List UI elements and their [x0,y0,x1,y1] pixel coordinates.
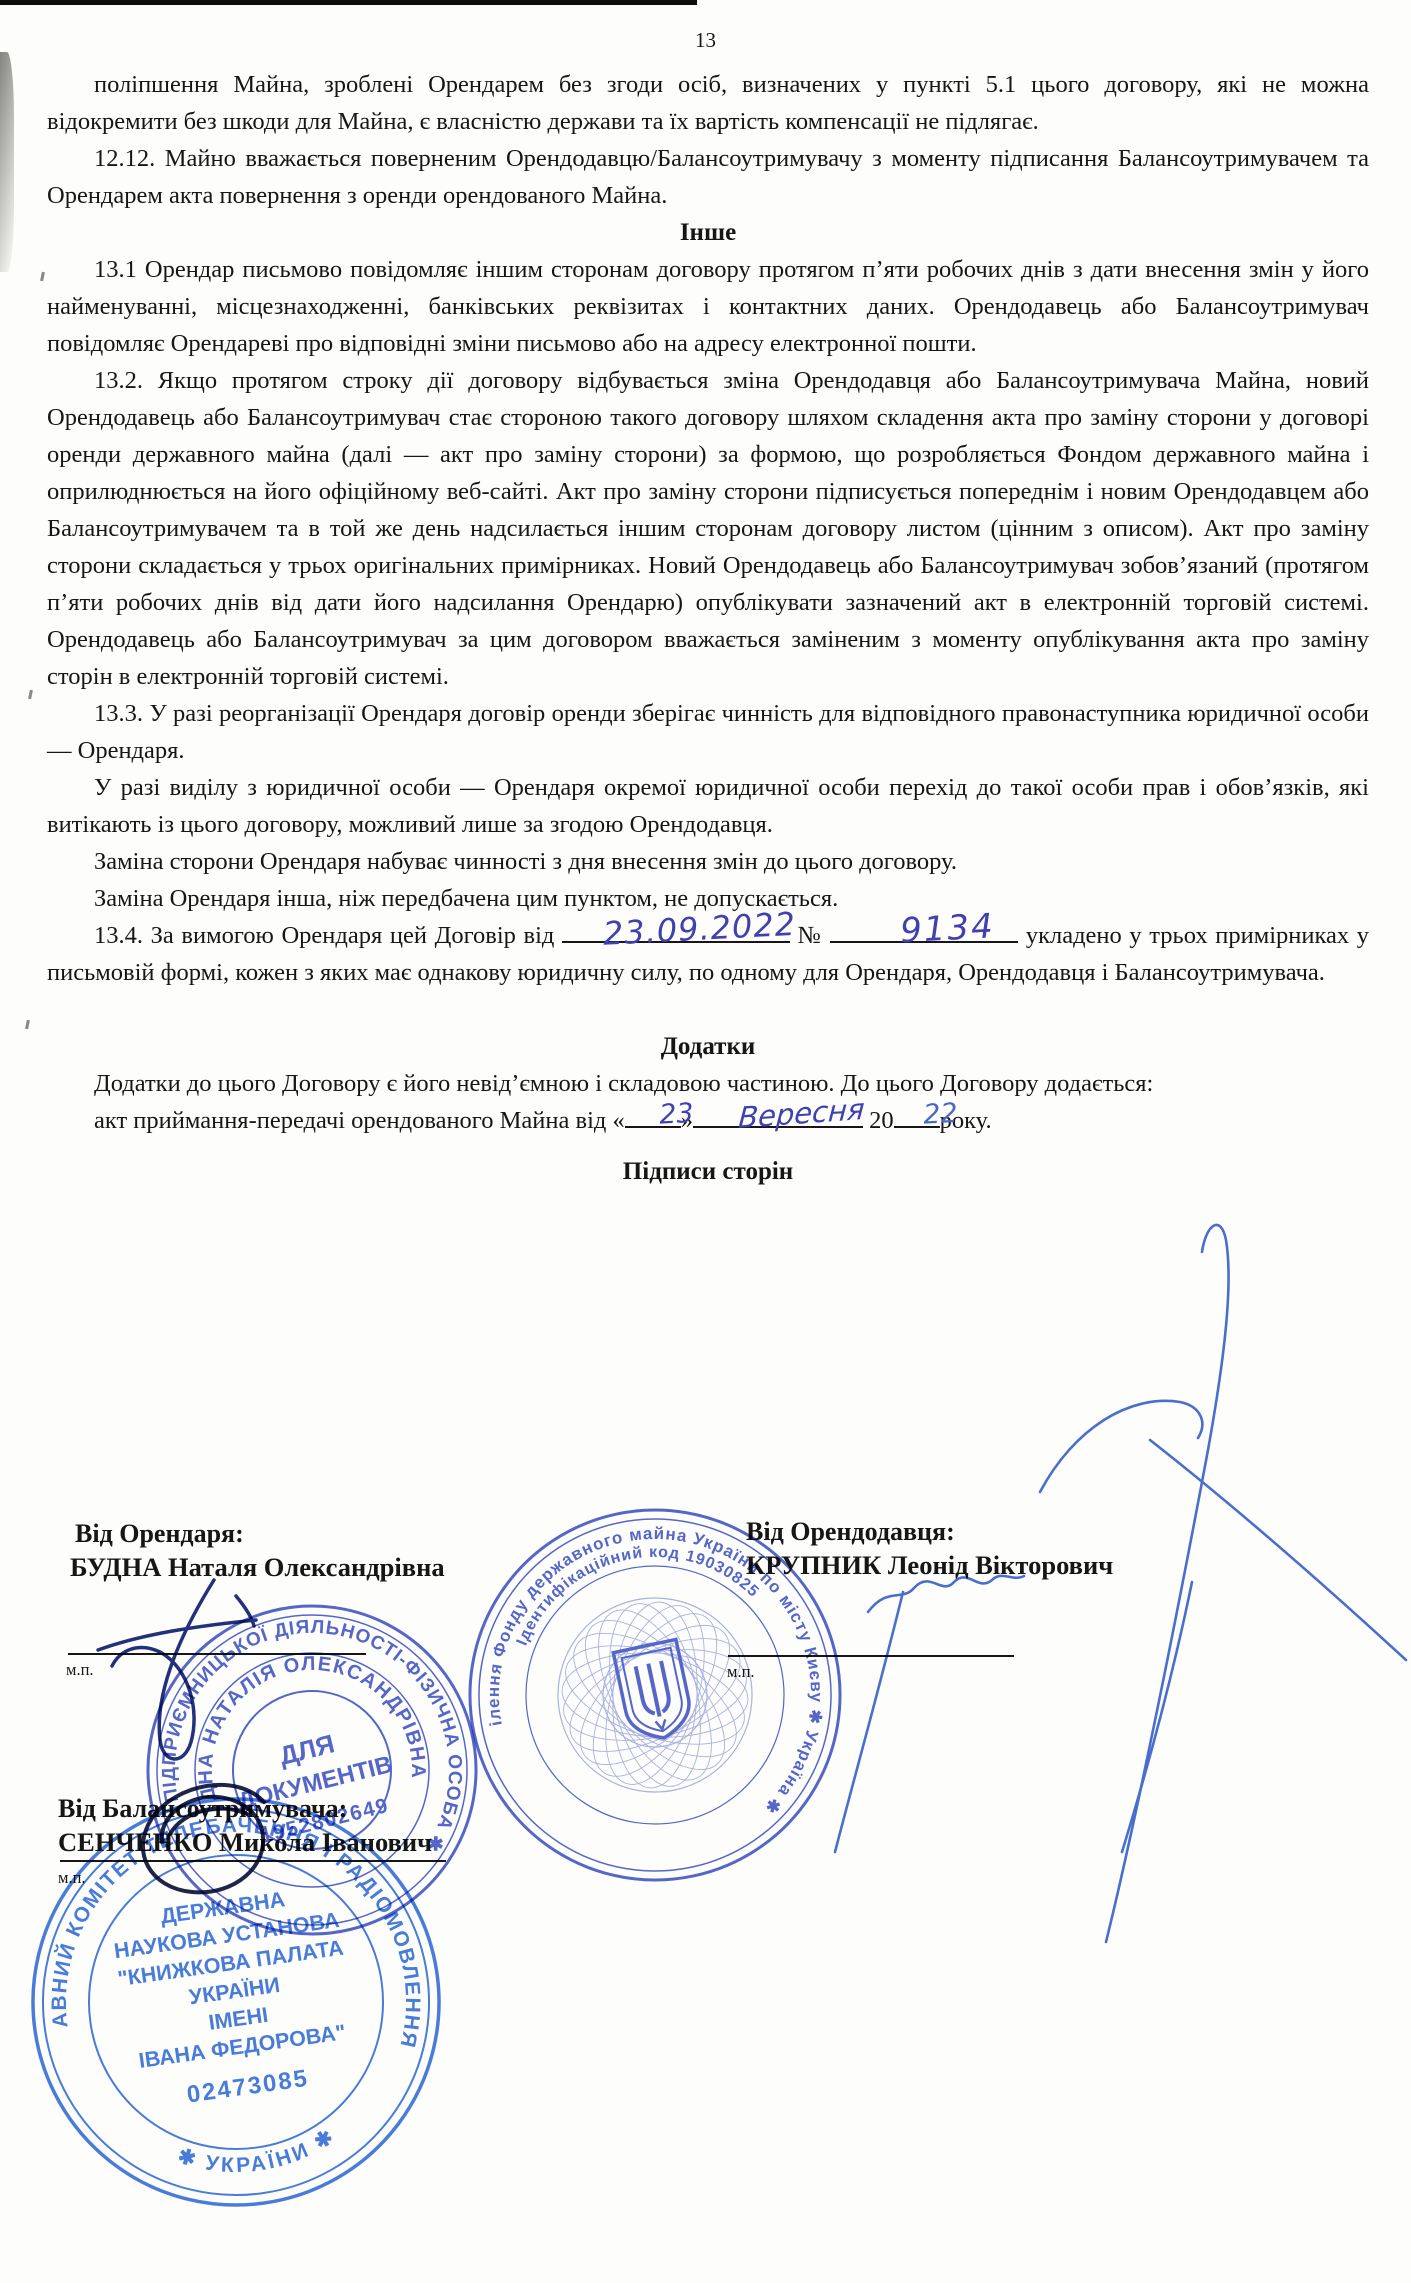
stamp-palata-center-line: ІМЕНІ [207,2003,269,2035]
spacer [47,1139,1369,1153]
scan-artifact-mark [40,272,45,281]
stamp-palata-number: 02473085 [185,2065,310,2109]
stamp-budna-center-line1: ДЛЯ [276,1728,337,1771]
handwritten-act-year: 22 [875,1095,958,1136]
lessee-name: БУДНА Наталя Олександрівна [70,1552,445,1583]
paragraph-annex-act: акт приймання-передачі орендованого Майн… [47,1102,1369,1139]
scanned-contract-page: 13 поліпшення Майна, зроблені Орендарем … [0,0,1411,2283]
scan-artifact-left-shadow [0,52,14,272]
lessee-seal-mark: м.п. [66,1660,94,1680]
spacer [47,991,1369,1028]
paragraph-annexes-intro: Додатки до цього Договору є його невід’є… [47,1065,1369,1102]
section-heading-annexes: Додатки [47,1028,1369,1065]
clause-13-4-prefix: 13.4. За вимогою Орендаря цей Договір ві… [94,922,554,949]
paragraph-13-4: 13.4. За вимогою Орендаря цей Договір ві… [47,917,1369,991]
stamp-book-chamber: ДЕРЖАВНИЙ КОМІТЕТ ТЕЛЕБАЧЕННЯ І РАДІОМОВ… [26,1792,446,2212]
paragraph-improvements: поліпшення Майна, зроблені Орендарем без… [47,66,1369,140]
paragraph-13-2: 13.2. Якщо протягом строку дії договору … [47,362,1369,695]
stamp-fdmu-guilloche [535,1575,776,1816]
paragraph-13-1: 13.1 Орендар письмово повідомляє іншим с… [47,251,1369,362]
lessor-signature-ink [835,1225,1406,1942]
scan-artifact-mark [25,1020,30,1029]
section-heading-signatures: Підписи сторін [47,1153,1369,1190]
contract-body-text: поліпшення Майна, зроблені Орендарем без… [47,66,1369,1190]
annex-act-prefix: акт приймання-передачі орендованого Майн… [94,1107,625,1134]
paragraph-13-3: 13.3. У разі реорганізації Орендаря дого… [47,695,1369,769]
paragraph-change-effective: Заміна сторони Орендаря набуває чинності… [47,843,1369,880]
paragraph-12-12: 12.12. Майно вважається поверненим Оренд… [47,140,1369,214]
contract-number-blank: 9134 [830,933,1018,943]
scan-artifact-mark [28,690,33,699]
section-heading-other: Інше [47,214,1369,251]
paragraph-13-3-spinoff: У разі виділу з юридичної особи — Оренда… [47,769,1369,843]
act-year-blank: 22 [894,1118,940,1128]
handwritten-contract-number: 9134 [853,908,996,952]
stamp-fdmu-kyiv: Регіональне відділення Фонду державного … [462,1502,848,1888]
contract-date-blank: 23.09.2022 [562,933,790,943]
clause-13-4-suffix: укладено [1026,922,1122,949]
act-day-blank: 23 [625,1118,681,1128]
page-number: 13 [0,28,1411,53]
act-month-blank: Вересня [693,1118,863,1128]
scan-artifact-top-bar [0,0,697,5]
number-sign: № [798,922,823,949]
lessee-title: Від Орендаря: [75,1519,244,1549]
handwritten-act-day: 23 [611,1095,694,1136]
